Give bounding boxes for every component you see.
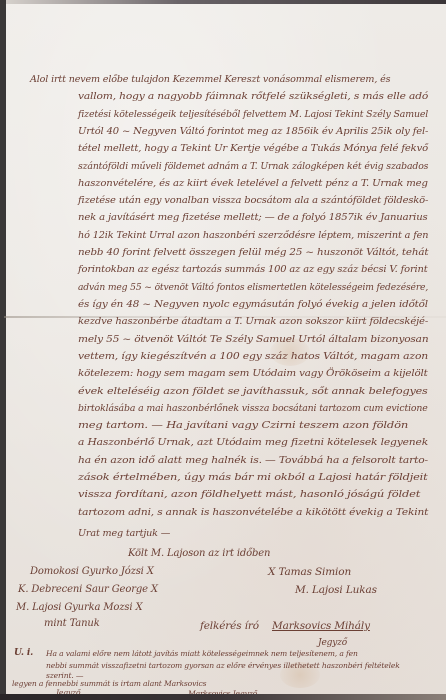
body-line: vettem, így kiegészítvén a 100 egy száz … (78, 351, 428, 362)
body-line: fizetési kötelességeik teljesítéséből fe… (78, 109, 428, 120)
body-line: nek a javításért meg fizetése mellett; —… (78, 212, 428, 223)
body-line: nebb 40 forint felvett összegen felül mé… (78, 247, 428, 258)
body-line: kötelezem: hogy sem magam sem Utódaim va… (78, 368, 428, 379)
witness-1: Domokosi Gyurko Józsi X (30, 566, 154, 577)
scanned-document: Alol irtt nevem előbe tulajdon Kezemmel … (0, 0, 446, 700)
postscript-line: nebbi summát visszafizetni tartozom gyor… (46, 661, 400, 670)
body-line: mely 55 ~ ötvenöt Váltót Te Szély Samuel… (78, 334, 428, 345)
body-line: haszonvételére, és az kiirt évek letelév… (78, 178, 428, 189)
body-line: forintokban az egész tartozás summás 100… (78, 264, 428, 275)
witness-3: M. Lajosi Gyurka Mozsi X (16, 602, 142, 613)
signatory-2: M. Lajosi Lukas (295, 584, 377, 596)
body-line: és így én 48 ~ Negyven nyolc egymásután … (78, 299, 428, 310)
body-line: fizetése után egy vonalban vissza bocsát… (78, 195, 428, 206)
postscript-line: legyen a fennebbi summát is irtam alant … (12, 679, 206, 688)
witnesses-label: mint Tanuk (44, 618, 100, 629)
body-line: ha én azon idő alatt meg halnék is. — To… (78, 455, 428, 466)
body-line: szántóföldi műveli földemet adnám a T. U… (78, 161, 428, 172)
scribe-name: Marksovics Mihály (272, 620, 370, 632)
scan-left-edge (0, 0, 6, 700)
body-line: hó 12ik Tekint Urral azon haszonbéri sze… (78, 230, 428, 241)
body-line: birtoklásába a mai haszonbérlőnek vissza… (78, 403, 428, 414)
body-line: meg tartom. — Ha javítani vagy Czirni te… (78, 420, 408, 431)
witness-2: K. Debreceni Saur George X (18, 584, 158, 595)
body-line: tartozom adni, s annak is haszonvételébe… (78, 507, 428, 518)
body-line: kezdve haszonbérbe átadtam a T. Urnak az… (78, 316, 428, 327)
place-date-closing: Költ M. Lajoson az irt időben (128, 548, 270, 559)
signatory-1: X Tamas Simion (268, 566, 351, 578)
body-line: vissza fordítani, azon földhelyett mást,… (78, 489, 420, 500)
body-line: Urtól 40 ~ Negyven Váltó forintot meg az… (78, 126, 428, 137)
scribe-mark: Jegyző (318, 638, 347, 648)
body-line: tétel mellett, hogy a Tekint Ur Kertje v… (78, 143, 428, 154)
body-line: vallom, hogy a nagyobb fáimnak rőtfelé s… (78, 91, 428, 102)
scribe-label: felkérés író (200, 620, 259, 632)
postscript-line: Ha a valami előre nem látott javítás mia… (46, 649, 358, 658)
body-line: a Haszonbérlő Urnak, azt Utódaim meg fiz… (78, 437, 428, 448)
body-line: évek elteléséig azon földet se javíthass… (78, 386, 428, 397)
scan-bottom-edge (0, 694, 446, 700)
body-line: Alol irtt nevem előbe tulajdon Kezemmel … (30, 74, 390, 85)
body-line: adván meg 55 ~ ötvenöt Váltó fontos elis… (78, 282, 428, 293)
scan-top-edge (0, 0, 446, 4)
body-line-final: Urat meg tartjuk — (78, 528, 170, 539)
body-line: zások értelmében, úgy más bár mi okból a… (78, 472, 427, 483)
postscript-marker: U. i. (14, 648, 33, 658)
